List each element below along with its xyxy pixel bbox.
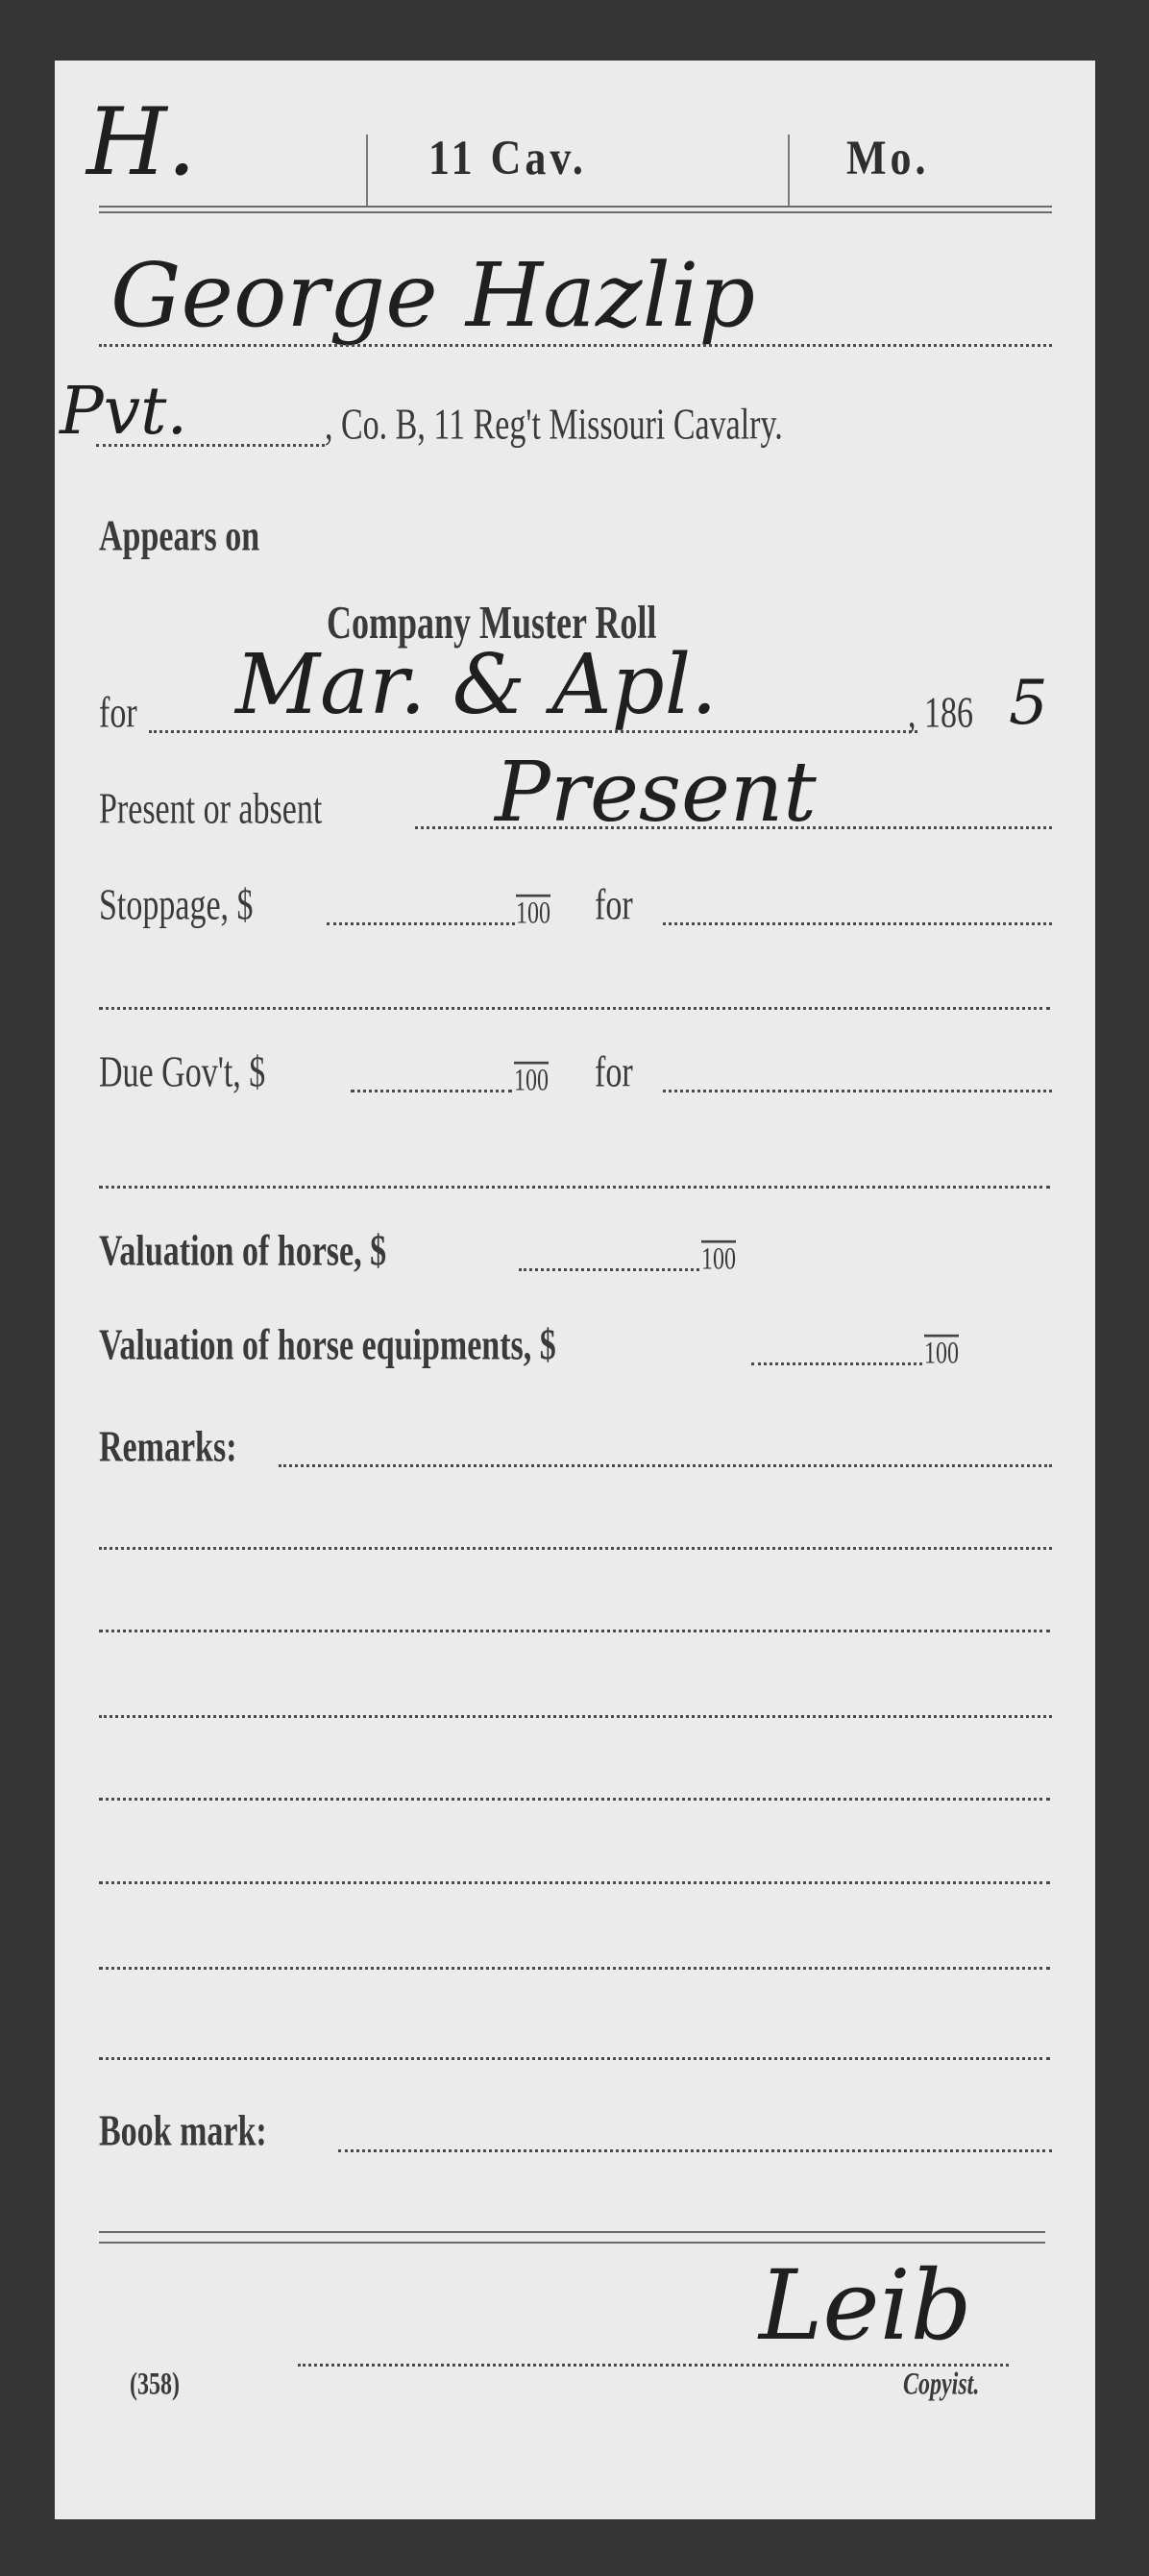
company-letter-handwritten: H. <box>86 96 196 188</box>
copyist-line <box>298 2364 1009 2367</box>
stoppage-amount-line <box>327 922 515 925</box>
period-value-handwritten: Mar. & Apl. <box>235 644 718 726</box>
valuation-equipments-line <box>751 1362 922 1365</box>
form-number: (358) <box>130 2369 180 2400</box>
stoppage-for-label: for <box>595 884 633 928</box>
header-double-rule-top <box>99 206 1052 208</box>
valuation-horse-cents: 100 <box>701 1234 736 1278</box>
header-divider-1 <box>366 135 368 208</box>
remarks-line-5 <box>99 1798 1050 1801</box>
book-mark-line <box>338 2149 1052 2152</box>
valuation-horse-line <box>519 1268 699 1271</box>
remarks-label: Remarks: <box>99 1426 237 1470</box>
rank-line <box>96 444 325 447</box>
stoppage-label: Stoppage, $ <box>99 884 254 928</box>
copyist-label: Copyist. <box>903 2369 979 2400</box>
due-govt-for-line <box>663 1090 1052 1092</box>
remarks-line-7 <box>99 1967 1050 1970</box>
header-divider-2 <box>788 135 790 208</box>
stoppage-for-line <box>663 922 1052 925</box>
remarks-line-4 <box>99 1715 1052 1718</box>
book-mark-label: Book mark: <box>99 2110 267 2154</box>
header-double-rule-bottom <box>99 211 1052 213</box>
present-absent-value-handwritten: Present <box>495 751 817 834</box>
remarks-line-3 <box>99 1630 1050 1632</box>
appears-on-label: Appears on <box>99 515 259 559</box>
remarks-line-6 <box>99 1881 1050 1884</box>
soldier-name-handwritten: George Hazlip <box>110 252 755 340</box>
regiment-heading: 11 Cav. <box>428 134 587 183</box>
footer-double-rule-top <box>99 2231 1045 2233</box>
name-line <box>99 344 1052 347</box>
valuation-horse-label: Valuation of horse, $ <box>99 1230 386 1274</box>
due-govt-amount-line <box>351 1090 512 1092</box>
copyist-signature-handwritten: Leib <box>759 2258 972 2354</box>
state-heading: Mo. <box>846 134 930 183</box>
due-govt-cents: 100 <box>514 1055 549 1099</box>
period-year-digit-handwritten: 5 <box>1009 673 1048 734</box>
footer-double-rule-bottom <box>99 2242 1045 2244</box>
period-year-prefix: , 186 <box>908 692 973 736</box>
stoppage-continuation-line <box>99 1007 1050 1010</box>
valuation-equipments-label: Valuation of horse equipments, $ <box>99 1324 556 1368</box>
present-absent-label: Present or absent <box>99 788 322 832</box>
rank-handwritten: Pvt. <box>60 380 187 445</box>
unit-line: , Co. B, 11 Reg't Missouri Cavalry. <box>325 404 783 448</box>
due-govt-label: Due Gov't, $ <box>99 1051 265 1095</box>
remarks-line-8 <box>99 2057 1050 2060</box>
stoppage-cents: 100 <box>516 888 550 932</box>
period-for-label: for <box>99 692 137 736</box>
remarks-line-1 <box>279 1464 1052 1467</box>
valuation-equipments-cents: 100 <box>924 1328 959 1372</box>
due-govt-continuation-line <box>99 1186 1050 1189</box>
due-govt-for-label: for <box>595 1051 633 1095</box>
remarks-line-2 <box>99 1547 1052 1550</box>
